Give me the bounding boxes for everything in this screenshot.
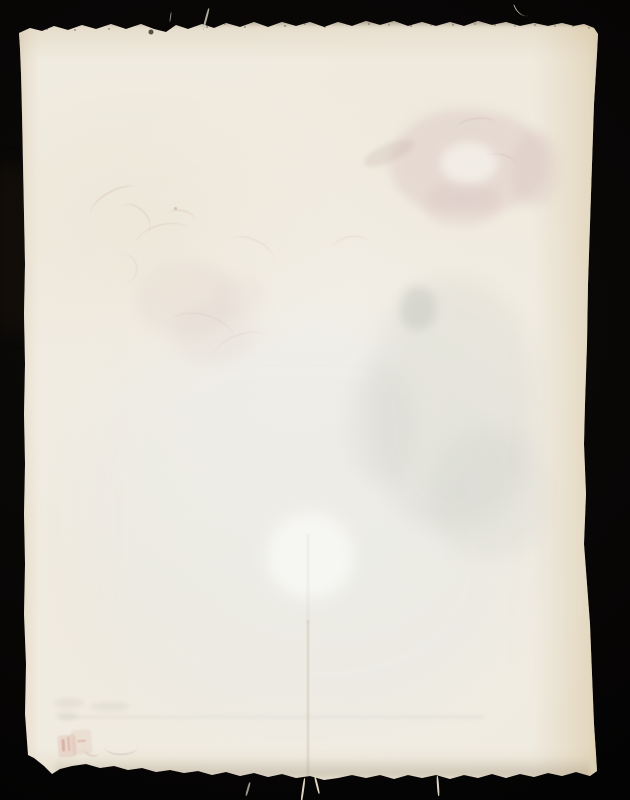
bleed-border-line [60,716,484,718]
bleed-red-dot [174,207,177,210]
bleed-foliage-dark [400,286,436,330]
gray-smudge [56,712,78,720]
paper-crease [307,534,309,624]
hanging-thread [314,776,320,794]
hanging-thread [245,782,250,796]
bleed-petal-cluster [212,276,266,316]
seal-stroke [83,743,101,758]
hanging-thread [300,778,305,800]
deckle-edge-specks [16,14,18,16]
bleed-peony-lower [424,182,500,226]
deckle-fiber [513,0,530,19]
bleed-peony-right [512,132,558,206]
bleed-branch-outline [330,233,371,262]
bleed-foliage-arm [346,364,416,484]
backdrop-glow [0,168,24,328]
bleed-white-blossom [266,512,354,600]
gray-smudge [90,702,130,711]
deckle-edge-fuzz-top [18,20,596,27]
bleed-foliage-lower [430,430,546,558]
pencil-mark [104,738,138,755]
deckle-fiber [169,12,172,22]
gray-smudge [54,698,84,708]
collector-seal [57,728,105,765]
photo-backdrop [0,0,630,800]
bleed-branch-outline [223,230,280,276]
hanging-thread [436,776,439,796]
deckle-edge-fuzz-bottom [56,758,590,776]
paper-sheet [16,14,602,786]
paper-crease [307,620,309,782]
bleed-branch-outline [94,249,140,290]
